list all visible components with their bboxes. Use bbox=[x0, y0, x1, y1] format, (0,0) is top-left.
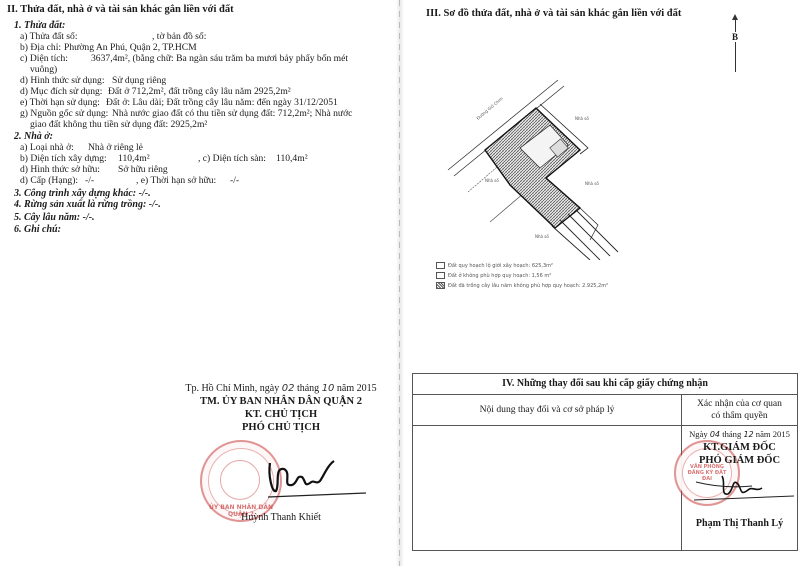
production-forest: 4. Rừng sản xuất là rừng trồng: -/-. bbox=[14, 199, 161, 210]
land-row-address: b) Địa chỉ:Phường An Phú, Quận 2, TP.HCM bbox=[20, 42, 197, 53]
changes-table-header: Nội dung thay đổi và cơ sở pháp lý Xác n… bbox=[413, 395, 797, 426]
land-heading: 1. Thửa đất: bbox=[14, 20, 65, 31]
committee-title: TM. ỦY BAN NHÂN DÂN QUẬN 2 bbox=[162, 395, 400, 408]
changes-table-row: VĂN PHÒNG ĐĂNG KÝ ĐẤT ĐAI Ngày 04 tháng … bbox=[413, 426, 797, 550]
col-authority-confirmation: Xác nhận của cơ quan có thẩm quyền bbox=[682, 395, 797, 425]
director-title: KT.GIÁM ĐỐC bbox=[682, 441, 797, 454]
house-heading: 2. Nhà ở: bbox=[14, 131, 53, 142]
vice-chairman-title: PHÓ CHỦ TỊCH bbox=[162, 421, 400, 434]
land-row-use-form: d) Hình thức sử dụng:Sử dụng riêng bbox=[20, 75, 166, 86]
col-change-content: Nội dung thay đổi và cơ sở pháp lý bbox=[413, 395, 682, 425]
land-row-purpose: d) Mục đích sử dụng:Đất ở 712,2m², đất t… bbox=[20, 86, 291, 97]
notes: 6. Ghi chú: bbox=[14, 224, 61, 235]
perennial-trees: 5. Cây lâu năm: -/-. bbox=[14, 212, 95, 223]
signer-name-committee: Huỳnh Thanh Khiết bbox=[162, 512, 400, 523]
changes-section: IV. Những thay đổi sau khi cấp giấy chứn… bbox=[404, 0, 800, 566]
land-row-origin-cont: giao đất không thu tiền sử dụng đất: 292… bbox=[30, 119, 207, 130]
land-row-area-cont: vuông) bbox=[30, 64, 57, 75]
land-row-area: c) Diện tích:3637,4m², (bằng chữ: Ba ngà… bbox=[20, 53, 348, 64]
deputy-director-title: PHÓ GIÁM ĐỐC bbox=[682, 454, 797, 467]
handwritten-signature bbox=[262, 455, 372, 505]
changes-table: IV. Những thay đổi sau khi cấp giấy chứn… bbox=[412, 373, 798, 551]
page-fold bbox=[396, 0, 404, 566]
certificate-left-page: II. Thửa đất, nhà ở và tài sản khác gắn … bbox=[0, 0, 396, 566]
authority-confirmation-cell: VĂN PHÒNG ĐĂNG KÝ ĐẤT ĐAI Ngày 04 tháng … bbox=[682, 426, 797, 550]
handwritten-signature-office bbox=[692, 468, 797, 506]
house-row-grade: d) Cấp (Hạng):-/-, e) Thời hạn sở hữu:-/… bbox=[20, 175, 239, 186]
land-row-parcel: a) Thửa đất số:, tờ bản đồ số: bbox=[20, 31, 206, 42]
land-row-origin: g) Nguồn gốc sử dụng:Nhà nước giao đất c… bbox=[20, 108, 352, 119]
house-row-type: a) Loại nhà ở:Nhà ở riêng lẻ bbox=[20, 142, 143, 153]
house-row-areas: b) Diện tích xây dựng:110,4m², c) Diện t… bbox=[20, 153, 308, 164]
confirmation-date: Ngày 04 tháng 12 năm 2015 bbox=[682, 429, 797, 439]
changes-table-title: IV. Những thay đổi sau khi cấp giấy chứn… bbox=[413, 374, 797, 395]
land-row-term: e) Thời hạn sử dụng:Đất ở: Lâu dài; Đất … bbox=[20, 97, 338, 108]
seal-star-icon bbox=[220, 460, 260, 500]
other-construction: 3. Công trình xây dựng khác: -/-. bbox=[14, 188, 151, 199]
signature-block-committee: Tp. Hồ Chí Minh, ngày 02 tháng 10 năm 20… bbox=[162, 383, 400, 434]
issue-date: Tp. Hồ Chí Minh, ngày 02 tháng 10 năm 20… bbox=[162, 383, 400, 394]
chairman-title: KT. CHỦ TỊCH bbox=[162, 408, 400, 421]
house-row-ownership: d) Hình thức sở hữu:Sở hữu riêng bbox=[20, 164, 168, 175]
section-ii-title: II. Thửa đất, nhà ở và tài sản khác gắn … bbox=[7, 4, 234, 15]
signer-name-office: Phạm Thị Thanh Lý bbox=[682, 518, 797, 529]
change-content-cell bbox=[413, 426, 682, 550]
